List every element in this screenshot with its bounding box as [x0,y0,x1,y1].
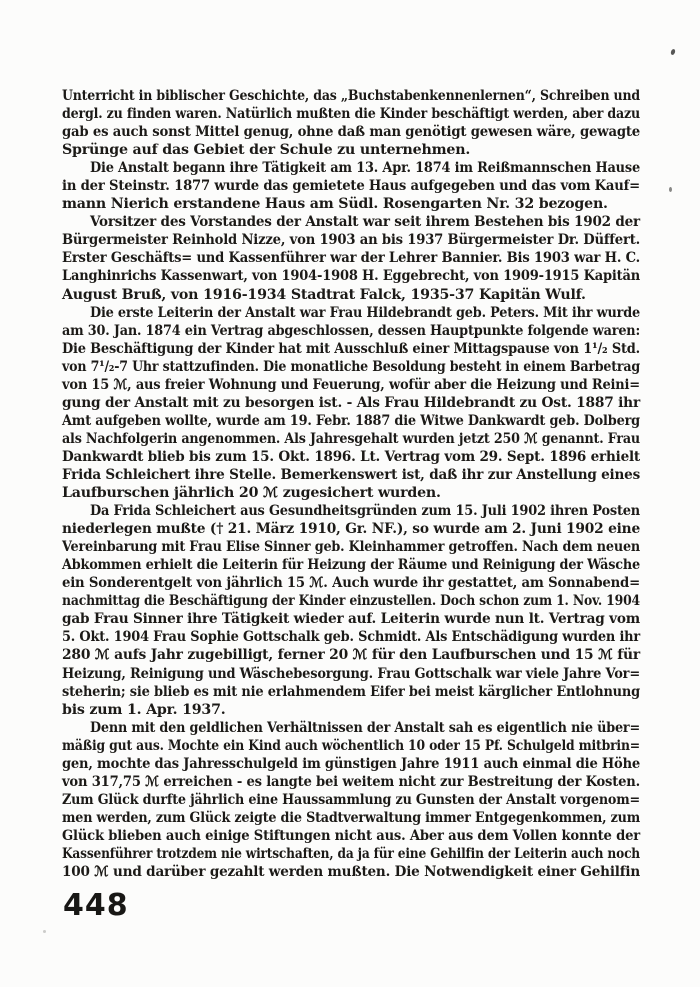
text-line: dergl. zu finden waren. Natürlich mußten… [62,105,640,123]
text-line: Dankwardt blieb bis zum 15. Okt. 1896. L… [62,448,640,466]
text-line: Laufburschen jährlich 20 ℳ zugesichert w… [62,484,640,502]
text-line: Denn mit den geldlichen Verhältnissen de… [62,719,640,737]
text-line: gab es auch sonst Mittel genug, ohne daß… [62,123,640,141]
text-line: in der Steinstr. 1877 wurde das gemietet… [62,177,640,195]
text-line: gen, mochte das Jahresschulgeld im günst… [62,755,640,773]
text-line: Vereinbarung mit Frau Elise Sinner geb. … [62,538,640,556]
text-line: Bürgermeister Reinhold Nizze, von 1903 a… [62,231,640,249]
text-line: 5. Okt. 1904 Frau Sophie Gottschalk geb.… [62,628,640,646]
text-line: mäßig gut aus. Mochte ein Kind auch wöch… [62,737,640,755]
text-line: Unterricht in biblischer Geschichte, das… [62,87,640,105]
ink-speck [669,187,672,192]
ink-speck [670,48,676,55]
text-line: Da Frida Schleichert aus Gesundheitsgrün… [62,502,640,520]
text-line: men werden, zum Glück zeigte die Stadtve… [62,809,640,827]
text-line: mann Nierich erstandene Haus am Südl. Ro… [62,195,640,213]
text-line: niederlegen mußte († 21. März 1910, Gr. … [62,520,640,538]
text-line: von 15 ℳ, aus freier Wohnung und Feuerun… [62,376,640,394]
text-line: bis zum 1. Apr. 1937. [62,701,640,719]
text-line: als Nachfolgerin angenommen. Als Jahresg… [62,430,640,448]
text-line: Die erste Leiterin der Anstalt war Frau … [62,304,640,322]
text-line: gab Frau Sinner ihre Tätigkeit wieder au… [62,610,640,628]
text-line: Vorsitzer des Vorstandes der Anstalt war… [62,213,640,231]
text-line: 100 ℳ und darüber gezahlt werden mußten.… [62,863,640,881]
text-line: am 30. Jan. 1874 ein Vertrag abgeschloss… [62,322,640,340]
text-line: von 7¹/₂-7 Uhr stattzufinden. Die monatl… [62,358,640,376]
text-line: Glück blieben auch einige Stiftungen nic… [62,827,640,845]
page-text: Unterricht in biblischer Geschichte, das… [62,87,640,881]
text-line: August Bruß, von 1916-1934 Stadtrat Falc… [62,286,640,304]
text-line: Die Beschäftigung der Kinder hat mit Aus… [62,340,640,358]
text-line: 280 ℳ aufs Jahr zugebilligt, ferner 20 ℳ… [62,646,640,664]
ink-speck [43,930,46,933]
text-line: Abkommen erhielt die Leiterin für Heizun… [62,556,640,574]
book-page: Unterricht in biblischer Geschichte, das… [0,0,700,987]
text-line: steherin; sie blieb es mit nie erlahmend… [62,683,640,701]
text-line: ein Sonderentgelt von jährlich 15 ℳ. Auc… [62,574,640,592]
text-line: Langhinrichs Kassenwart, von 1904-1908 H… [62,267,640,285]
text-line: Heizung, Reinigung und Wäschebesorgung. … [62,665,640,683]
page-number: 448 [63,889,129,923]
text-line: nachmittag die Beschäftigung der Kinder … [62,592,640,610]
text-line: Sprünge auf das Gebiet der Schule zu unt… [62,141,640,159]
text-line: von 317,75 ℳ erreichen - es langte bei w… [62,773,640,791]
text-line: Frida Schleichert ihre Stelle. Bemerkens… [62,466,640,484]
text-line: Amt aufgeben wollte, wurde am 19. Febr. … [62,412,640,430]
text-line: Die Anstalt begann ihre Tätigkeit am 13.… [62,159,640,177]
text-line: Erster Geschäfts= und Kassenführer war d… [62,249,640,267]
text-line: Zum Glück durfte jährlich eine Haussamml… [62,791,640,809]
text-line: gung der Anstalt mit zu besorgen ist. - … [62,394,640,412]
text-line: Kassenführer trotzdem nie wirtschaften, … [62,845,640,863]
